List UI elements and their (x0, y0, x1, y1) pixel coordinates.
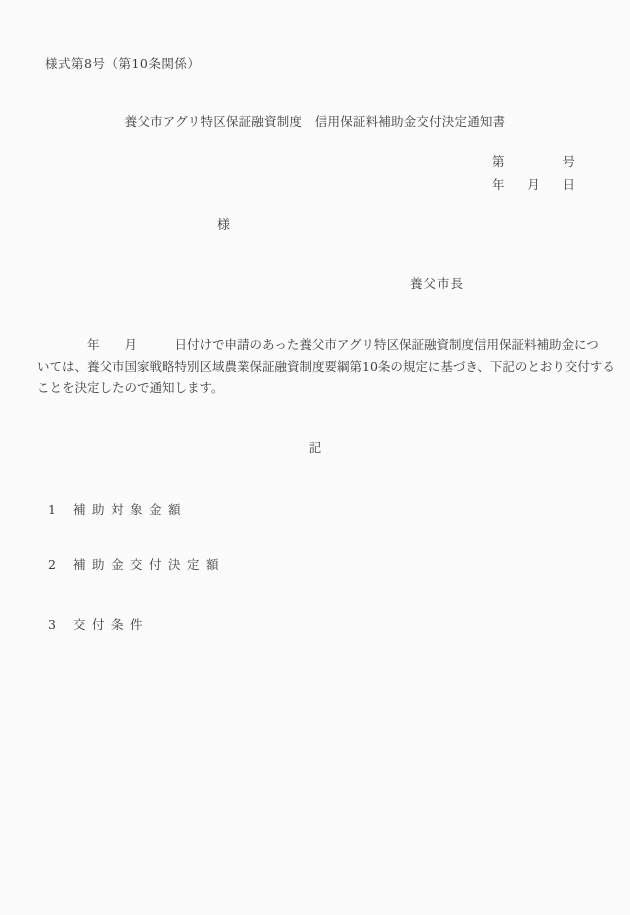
body-line-3: ことを決定したので通知します。 (37, 377, 607, 399)
form-number-label: 様式第8号（第10条関係） (45, 54, 200, 72)
record-marker: 記 (0, 438, 630, 456)
document-page: 様式第8号（第10条関係） 養父市アグリ特区保証融資制度 信用保証料補助金交付決… (0, 0, 630, 915)
body-line-1: 年 月 日付けで申請のあった養父市アグリ特区保証融資制度信用保証料補助金につ (37, 334, 607, 356)
document-title: 養父市アグリ特区保証融資制度 信用保証料補助金交付決定通知書 (0, 112, 630, 130)
date-month-label: 月 (527, 175, 540, 193)
document-number-line: 第 号 (492, 152, 575, 170)
item-label: 補助金交付決定額 (73, 555, 225, 573)
list-item-grant-conditions: 3 交付条件 (48, 615, 149, 633)
list-item-subsidy-grant-decided-amount: 2 補助金交付決定額 (48, 555, 225, 573)
item-label: 交付条件 (73, 615, 149, 633)
document-date-line: 年 月 日 (492, 175, 575, 193)
date-year-label: 年 (492, 175, 505, 193)
number-prefix-label: 第 (492, 152, 505, 170)
item-label: 補助対象金額 (73, 500, 187, 518)
list-item-subsidy-target-amount: 1 補助対象金額 (48, 500, 187, 518)
number-suffix-label: 号 (562, 152, 575, 170)
addressee-honorific: 様 (217, 214, 230, 233)
body-paragraph: 年 月 日付けで申請のあった養父市アグリ特区保証融資制度信用保証料補助金につ い… (37, 334, 607, 399)
item-number: 2 (48, 557, 56, 572)
item-number: 3 (48, 617, 56, 632)
item-number: 1 (48, 502, 56, 517)
body-line-2: いては、養父市国家戦略特別区域農業保証融資制度要綱第10条の規定に基づき、下記の… (37, 356, 607, 378)
date-day-label: 日 (562, 175, 575, 193)
sender-title: 養父市長 (410, 274, 464, 292)
